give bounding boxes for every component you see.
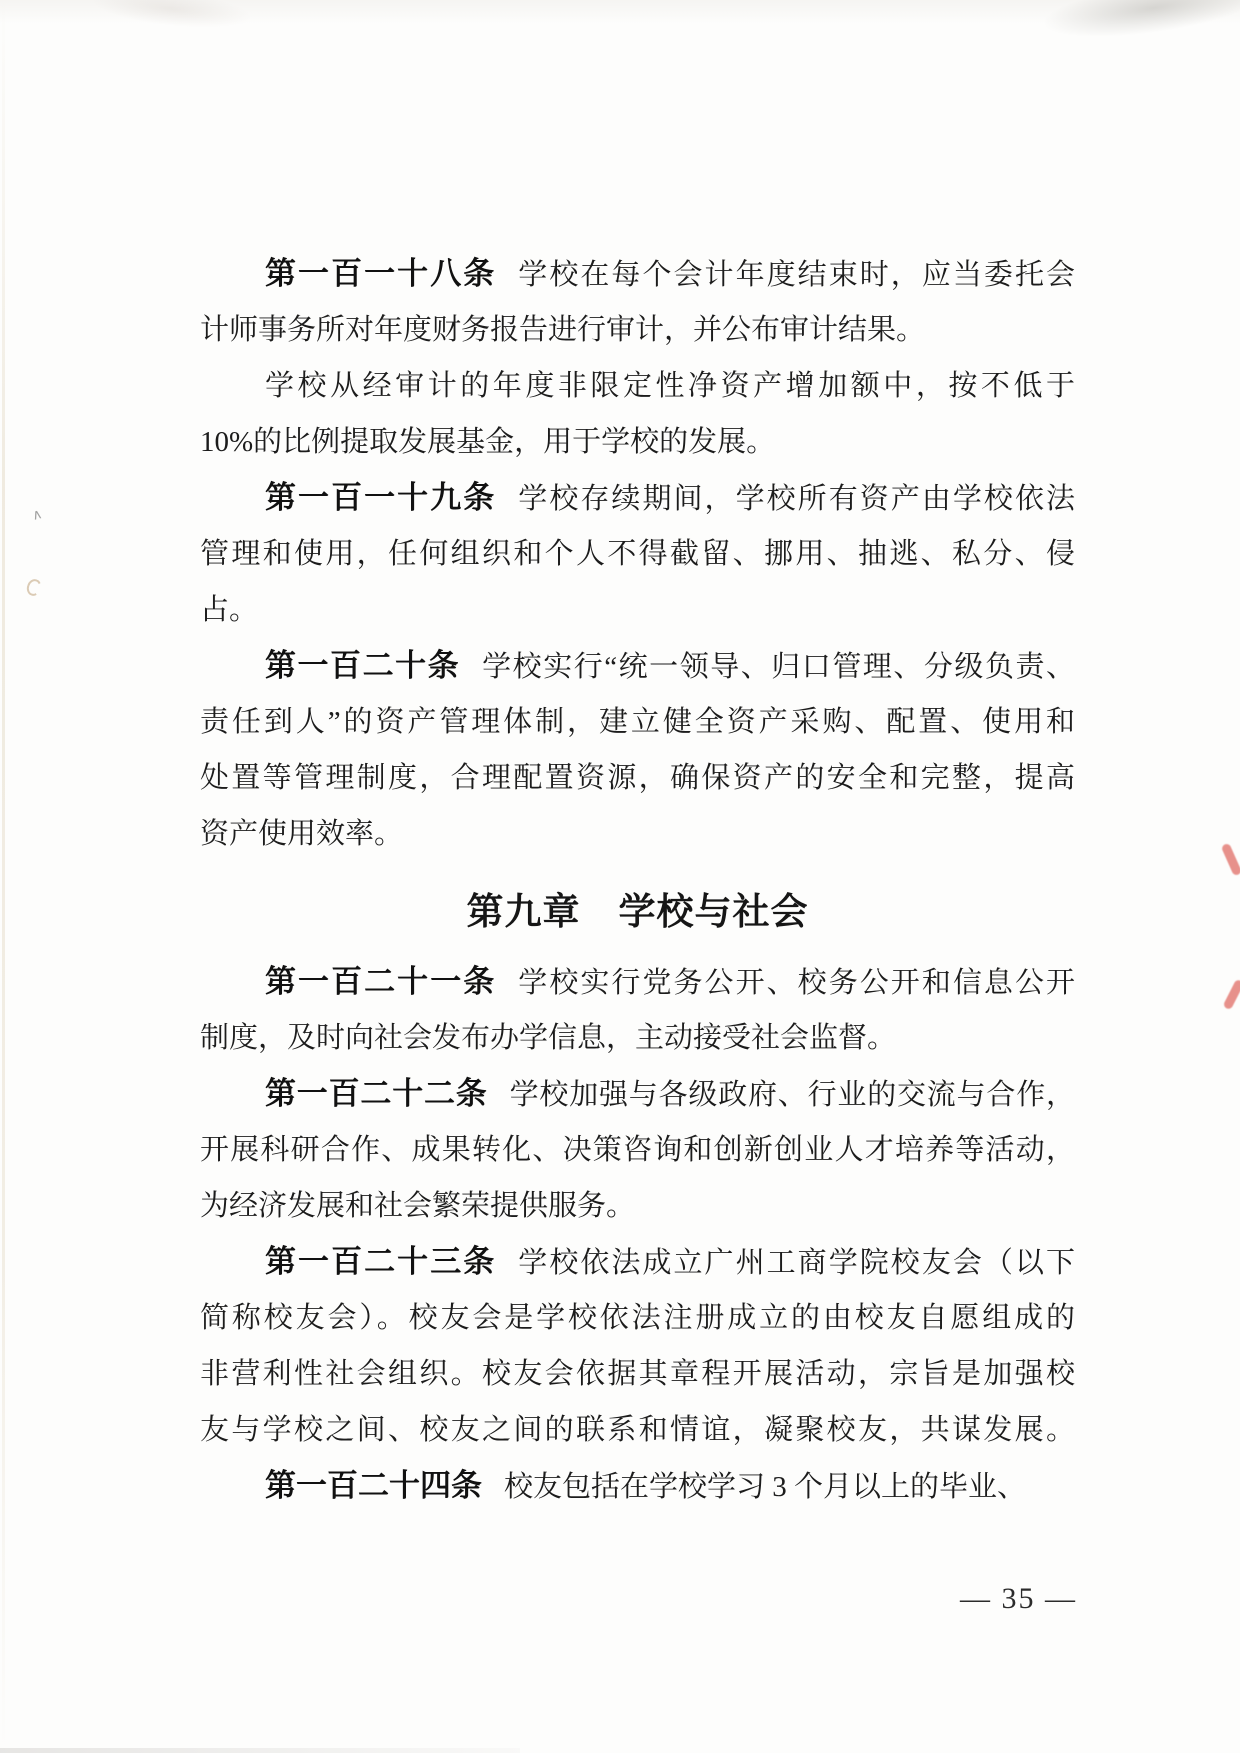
text-line: 责任到人”的资产管理体制，建立健全资产采购、配置、使用和 [200, 694, 1075, 750]
text-line: 为经济发展和社会繁荣提供服务。 [200, 1178, 1075, 1234]
scan-smudge-mark: ∧ [30, 507, 43, 523]
text-line: 学校从经审计的年度非限定性净资产增加额中，按不低于 [200, 358, 1075, 414]
scan-artifact-left-edge-line [2, 0, 5, 1753]
line-text: 学校加强与各级政府、行业的交流与合作， [510, 1079, 1075, 1111]
line-text: 占。 [200, 594, 258, 626]
article-number: 第一百二十二条 [265, 1076, 488, 1111]
text-line: 非营利性社会组织。校友会依据其章程开展活动，宗旨是加强校 [200, 1346, 1075, 1402]
text-line: 第一百二十三条学校依法成立广州工商学院校友会（以下 [200, 1234, 1075, 1290]
text-line: 资产使用效率。 [200, 806, 1075, 862]
line-text: 校友包括在学校学习 3 个月以上的毕业、 [504, 1471, 1026, 1503]
line-text: 资产使用效率。 [200, 818, 403, 850]
line-text: 开展科研合作、成果转化、决策咨询和创新创业人才培养等活动， [200, 1134, 1075, 1166]
scan-artifact-top-left-corner [91, 0, 254, 34]
document-body: 第一百一十八条学校在每个会计年度结束时，应当委托会 计师事务所对年度财务报告进行… [200, 246, 1075, 1514]
line-text: 学校在每个会计年度结束时，应当委托会 [518, 259, 1075, 291]
line-text: 管理和使用，任何组织和个人不得截留、挪用、抽逃、私分、侵 [200, 538, 1075, 570]
text-line: 第一百二十二条学校加强与各级政府、行业的交流与合作， [200, 1066, 1075, 1122]
article-number: 第一百一十九条 [265, 480, 496, 515]
scan-smudge-hook [25, 577, 44, 597]
line-text: 简称校友会）。校友会是学校依法注册成立的由校友自愿组成的 [200, 1302, 1075, 1334]
line-text: 处置等管理制度，合理配置资源，确保资产的安全和完整，提高 [200, 762, 1075, 794]
text-line: 第一百二十一条学校实行党务公开、校务公开和信息公开 [200, 954, 1075, 1010]
article-number: 第一百二十三条 [265, 1244, 496, 1279]
scan-artifact-top-right-corner [1042, 0, 1240, 47]
text-line: 管理和使用，任何组织和个人不得截留、挪用、抽逃、私分、侵 [200, 526, 1075, 582]
line-text: 学校从经审计的年度非限定性净资产增加额中，按不低于 [265, 370, 1075, 402]
line-text: 责任到人”的资产管理体制，建立健全资产采购、配置、使用和 [200, 706, 1075, 738]
text-line: 计师事务所对年度财务报告进行审计，并公布审计结果。 [200, 302, 1075, 358]
text-line: 第一百二十四条校友包括在学校学习 3 个月以上的毕业、 [200, 1458, 1075, 1514]
line-text: 10%的比例提取发展基金，用于学校的发展。 [200, 426, 775, 458]
text-line: 10%的比例提取发展基金，用于学校的发展。 [200, 414, 1075, 470]
text-line: 开展科研合作、成果转化、决策咨询和创新创业人才培养等活动， [200, 1122, 1075, 1178]
chapter-heading: 第九章 学校与社会 [200, 862, 1075, 954]
line-text: 计师事务所对年度财务报告进行审计，并公布审计结果。 [200, 314, 925, 346]
article-number: 第一百二十四条 [265, 1468, 482, 1503]
line-text: 学校实行党务公开、校务公开和信息公开 [518, 967, 1075, 999]
text-line: 占。 [200, 582, 1075, 638]
line-text: 非营利性社会组织。校友会依据其章程开展活动，宗旨是加强校 [200, 1358, 1075, 1390]
text-line: 制度，及时向社会发布办学信息，主动接受社会监督。 [200, 1010, 1075, 1066]
text-line: 友与学校之间、校友之间的联系和情谊，凝聚校友，共谋发展。 [200, 1402, 1075, 1458]
article-number: 第一百二十一条 [265, 964, 496, 999]
line-text: 学校依法成立广州工商学院校友会（以下 [518, 1247, 1075, 1279]
scan-artifact-bottom-edge [0, 1748, 520, 1753]
page-number: — 35 — [960, 1582, 1077, 1616]
article-number: 第一百二十条 [265, 648, 460, 683]
line-text: 制度，及时向社会发布办学信息，主动接受社会监督。 [200, 1022, 896, 1054]
article-number: 第一百一十八条 [265, 256, 496, 291]
line-text: 学校实行“统一领导、归口管理、分级负责、 [482, 651, 1075, 683]
line-text: 为经济发展和社会繁荣提供服务。 [200, 1190, 635, 1222]
text-line: 第一百二十条学校实行“统一领导、归口管理、分级负责、 [200, 638, 1075, 694]
line-text: 学校存续期间，学校所有资产由学校依法 [518, 483, 1075, 515]
text-line: 第一百一十八条学校在每个会计年度结束时，应当委托会 [200, 246, 1075, 302]
line-text: 友与学校之间、校友之间的联系和情谊，凝聚校友，共谋发展。 [200, 1414, 1075, 1446]
text-line: 处置等管理制度，合理配置资源，确保资产的安全和完整，提高 [200, 750, 1075, 806]
scanned-document-page: ∧ 第一百一十八条学校在每个会计年度结束时，应当委托会 计师事务所对年度财务报告… [0, 0, 1240, 1753]
text-line: 简称校友会）。校友会是学校依法注册成立的由校友自愿组成的 [200, 1290, 1075, 1346]
red-pen-mark-lower [1222, 979, 1240, 1011]
red-pen-mark-upper [1221, 843, 1240, 877]
text-line: 第一百一十九条学校存续期间，学校所有资产由学校依法 [200, 470, 1075, 526]
